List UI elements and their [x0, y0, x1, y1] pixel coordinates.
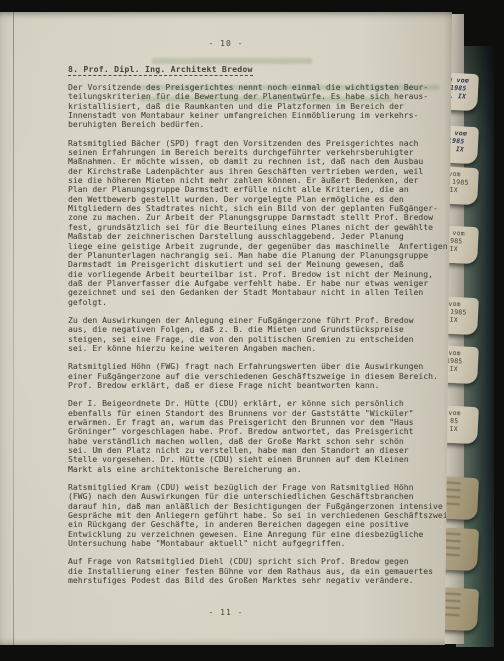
page-content: - 10 - 8. Prof. Dipl. Ing. Architekt Bre… — [0, 39, 452, 586]
document-page: - 10 - 8. Prof. Dipl. Ing. Architekt Bre… — [0, 12, 452, 645]
section-heading: 8. Prof. Dipl. Ing. Architekt Bredow — [68, 64, 253, 76]
body-text: Der Vorsitzende des Preisgerichtes nennt… — [68, 83, 452, 586]
paragraph: Der I. Beigeordnete Dr. Hütte (CDU) erkl… — [68, 399, 452, 474]
paragraph: Zu den Auswirkungen der Anlegung einer F… — [68, 316, 452, 353]
page-number-top: - 10 - — [0, 39, 452, 48]
paragraph: Ratsmitglied Höhn (FWG) fragt nach Erfah… — [68, 362, 452, 390]
paragraph: Der Vorsitzende des Preisgerichtes nennt… — [68, 83, 452, 130]
paragraph: Auf Frage von Ratsmitglied Diehl (CDU) s… — [68, 557, 452, 585]
page-number-bottom: - 11 - — [0, 608, 452, 617]
paragraph: Ratsmitglied Kram (CDU) weist bezüglich … — [68, 483, 452, 548]
paragraph: Ratsmitglied Bächer (SPD) fragt den Vors… — [68, 139, 452, 307]
scanned-document-photo: ung vom 2.1985 -P. IX ng vom .1985 P. IX… — [0, 0, 504, 661]
